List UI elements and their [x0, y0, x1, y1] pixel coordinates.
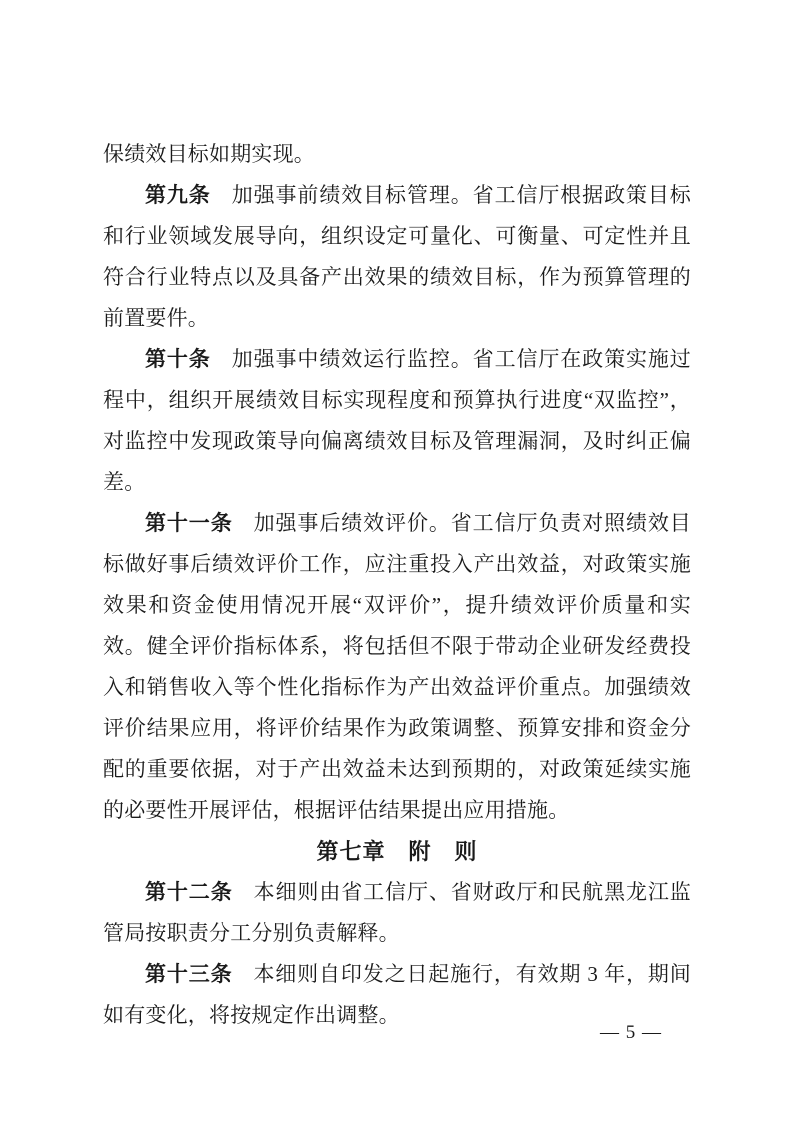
article-paragraph: 第十一条加强事后绩效评价。省工信厅负责对照绩效目标做好事后绩效评价工作，应注重投…: [103, 503, 691, 831]
article-number: 第十三条: [145, 962, 232, 986]
article-number: 第十条: [145, 347, 211, 371]
article-paragraph: 第十二条本细则由省工信厅、省财政厅和民航黑龙江监管局按职责分工分别负责解释。: [103, 872, 691, 954]
page-number: — 5 —: [600, 1023, 662, 1043]
document-page: 保绩效目标如期实现。 第九条加强事前绩效目标管理。省工信厅根据政策目标和行业领域…: [0, 0, 793, 1122]
article-number: 第十一条: [145, 511, 233, 535]
document-body: 保绩效目标如期实现。 第九条加强事前绩效目标管理。省工信厅根据政策目标和行业领域…: [103, 134, 691, 1036]
article-paragraph: 第十条加强事中绩效运行监控。省工信厅在政策实施过程中，组织开展绩效目标实现程度和…: [103, 339, 691, 503]
article-text: 加强事后绩效评价。省工信厅负责对照绩效目标做好事后绩效评价工作，应注重投入产出效…: [103, 511, 691, 822]
article-paragraph: 第九条加强事前绩效目标管理。省工信厅根据政策目标和行业领域发展导向，组织设定可量…: [103, 175, 691, 339]
continuation-paragraph: 保绩效目标如期实现。: [103, 134, 691, 175]
article-number: 第十二条: [145, 880, 233, 904]
article-number: 第九条: [145, 183, 211, 207]
paragraph-text: 保绩效目标如期实现。: [103, 142, 315, 166]
chapter-heading: 第七章 附 则: [103, 831, 691, 872]
